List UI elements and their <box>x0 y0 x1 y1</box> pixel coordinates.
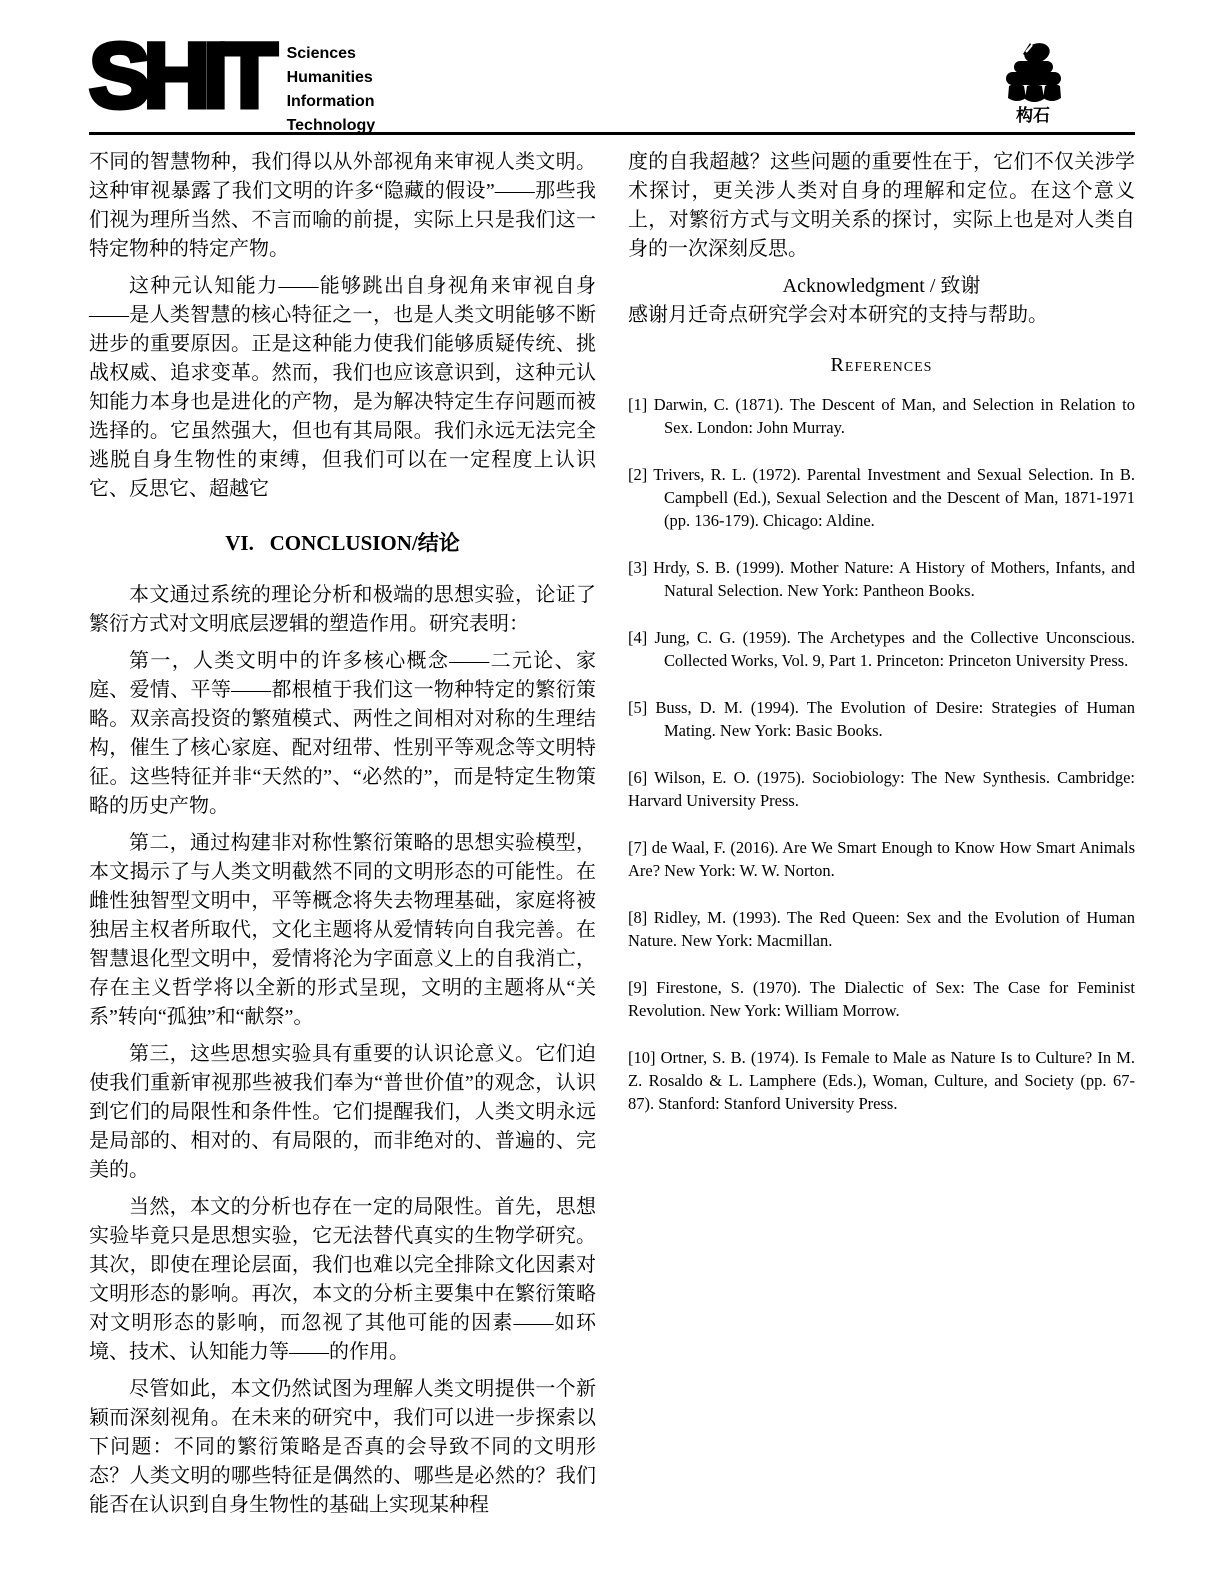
journal-tagline: Sciences Humanities Information Technolo… <box>287 42 376 138</box>
stone-cairn-icon <box>993 42 1073 106</box>
body-paragraph: 这种元认知能力——能够跳出自身视角来审视自身——是人类智慧的核心特征之一，也是人… <box>89 272 596 504</box>
right-column: 度的自我超越？这些问题的重要性在于，它们不仅关涉学术探讨，更关涉人类对自身的理解… <box>628 148 1135 1528</box>
body-paragraph: 第二，通过构建非对称性繁衍策略的思想实验模型，本文揭示了与人类文明截然不同的文明… <box>89 829 596 1032</box>
tagline-line: Information <box>287 90 376 114</box>
body-paragraph: 本文通过系统的理论分析和极端的思想实验，论证了繁衍方式对文明底层逻辑的塑造作用。… <box>89 581 596 639</box>
body-paragraph: 第一，人类文明中的许多核心概念——二元论、家庭、爱情、平等——都根植于我们这一物… <box>89 647 596 821</box>
body-paragraph: 不同的智慧物种，我们得以从外部视角来审视人类文明。这种审视暴露了我们文明的许多“… <box>89 148 596 264</box>
tagline-line: Sciences <box>287 42 376 66</box>
reference-item: [4] Jung, C. G. (1959). The Archetypes a… <box>628 626 1135 672</box>
reference-item: [9] Firestone, S. (1970). The Dialectic … <box>628 976 1135 1022</box>
reference-item: [6] Wilson, E. O. (1975). Sociobiology: … <box>628 766 1135 812</box>
journal-header: SHIT Sciences Humanities Information Tec… <box>89 34 1135 128</box>
reference-item: [7] de Waal, F. (2016). Are We Smart Eno… <box>628 836 1135 882</box>
tagline-line: Humanities <box>287 66 376 90</box>
reference-item: [8] Ridley, M. (1993). The Red Queen: Se… <box>628 906 1135 952</box>
body-paragraph: 尽管如此，本文仍然试图为理解人类文明提供一个新颖而深刻视角。在未来的研究中，我们… <box>89 1375 596 1520</box>
two-column-body: 不同的智慧物种，我们得以从外部视角来审视人类文明。这种审视暴露了我们文明的许多“… <box>89 148 1135 1528</box>
paper-page: SHIT Sciences Humanities Information Tec… <box>0 0 1224 1584</box>
reference-item: [2] Trivers, R. L. (1972). Parental Inve… <box>628 463 1135 532</box>
journal-brand: SHIT Sciences Humanities Information Tec… <box>89 34 375 138</box>
acknowledgment-text: 感谢月迁奇点研究学会对本研究的支持与帮助。 <box>628 301 1135 330</box>
body-paragraph: 当然，本文的分析也存在一定的局限性。首先，思想实验毕竟只是思想实验，它无法替代真… <box>89 1193 596 1367</box>
reference-item: [1] Darwin, C. (1871). The Descent of Ma… <box>628 393 1135 439</box>
body-paragraph: 度的自我超越？这些问题的重要性在于，它们不仅关涉学术探讨，更关涉人类对自身的理解… <box>628 148 1135 264</box>
left-column: 不同的智慧物种，我们得以从外部视角来审视人类文明。这种审视暴露了我们文明的许多“… <box>89 148 596 1528</box>
body-paragraph: 第三，这些思想实验具有重要的认识论意义。它们迫使我们重新审视那些被我们奉为“普世… <box>89 1040 596 1185</box>
reference-item: [5] Buss, D. M. (1994). The Evolution of… <box>628 696 1135 742</box>
tagline-line: Technology <box>287 114 376 138</box>
journal-logo: SHIT <box>89 36 271 116</box>
acknowledgment-heading: Acknowledgment / 致谢 <box>628 272 1135 301</box>
conclusion-heading: VI. CONCLUSION/结论 <box>89 527 596 557</box>
reference-item: [3] Hrdy, S. B. (1999). Mother Nature: A… <box>628 556 1135 602</box>
reference-item: [10] Ortner, S. B. (1974). Is Female to … <box>628 1046 1135 1115</box>
journal-mark-label: 构石 <box>993 107 1073 125</box>
journal-mark: 构石 <box>993 42 1073 125</box>
references-heading: References <box>628 354 1135 377</box>
